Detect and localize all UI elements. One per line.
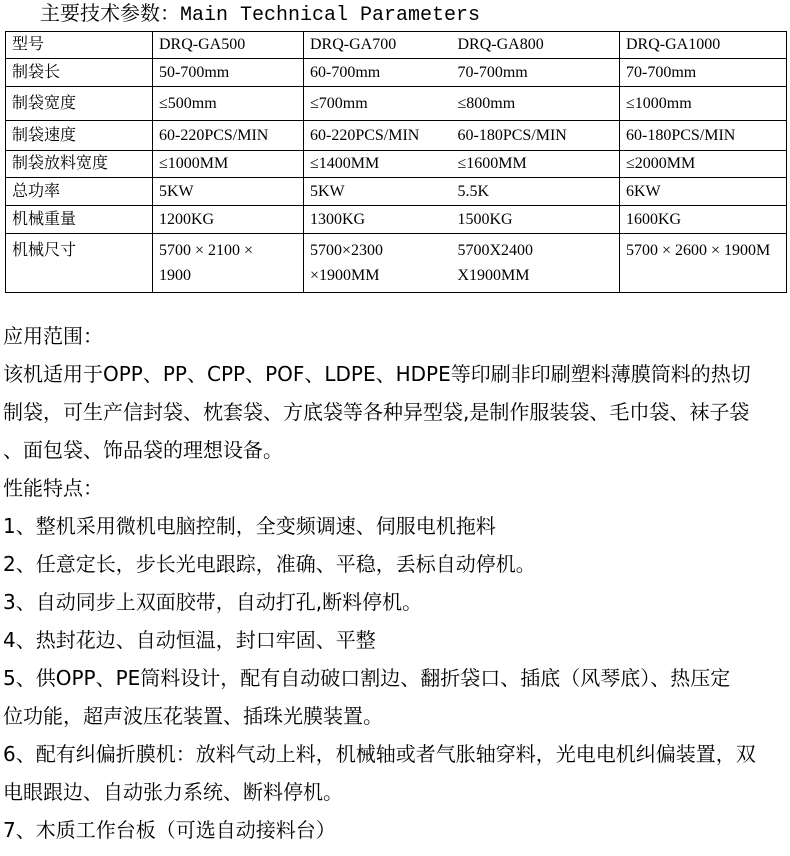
parameters-table: 型号 DRQ-GA500 DRQ-GA700 DRQ-GA800 DRQ-GA1… — [5, 31, 787, 293]
param-value: 1200KG — [153, 206, 304, 234]
application-heading: 应用范围： — [3, 317, 787, 355]
param-value: ≤800mm — [452, 87, 620, 121]
param-label: 总功率 — [6, 178, 153, 206]
features-heading: 性能特点： — [3, 469, 787, 507]
param-value: ≤1000MM — [153, 151, 304, 178]
description-section: 应用范围： 该机适用于OPP、PP、CPP、POF、LDPE、HDPE等印刷非印… — [0, 317, 790, 849]
param-label: 制袋长 — [6, 59, 153, 87]
param-value: 6KW — [620, 178, 787, 206]
param-value: 70-700mm — [620, 59, 787, 87]
param-value: 5700X2400 X1900MM — [452, 234, 620, 293]
param-value: 60-180PCS/MIN — [452, 121, 620, 151]
table-row-bag-length: 制袋长 50-700mm 60-700mm 70-700mm 70-700mm — [6, 59, 787, 87]
param-value: 5700×2300 ×1900MM — [304, 234, 452, 293]
param-value: 60-700mm — [304, 59, 452, 87]
param-value: 5KW — [153, 178, 304, 206]
feature-item-1: 1、整机采用微机电脑控制，全变频调速、伺服电机拖料 — [3, 507, 787, 545]
table-row-feed-width: 制袋放料宽度 ≤1000MM ≤1400MM ≤1600MM ≤2000MM — [6, 151, 787, 178]
param-value: 50-700mm — [153, 59, 304, 87]
feature-item-6: 6、配有纠偏折膜机：放料气动上料，机械轴或者气胀轴穿料，光电电机纠偏装置，双 电… — [3, 735, 787, 811]
page-title: 主要技术参数：Main Technical Parameters — [40, 3, 790, 29]
param-value: 60-220PCS/MIN — [153, 121, 304, 151]
table-row-machine-weight: 机械重量 1200KG 1300KG 1500KG 1600KG — [6, 206, 787, 234]
table-row-machine-size: 机械尺寸 5700 × 2100 × 1900 5700×2300 ×1900M… — [6, 234, 787, 293]
param-value: DRQ-GA700 — [304, 32, 452, 59]
param-label: 制袋速度 — [6, 121, 153, 151]
param-value: 5KW — [304, 178, 452, 206]
param-label: 制袋宽度 — [6, 87, 153, 121]
document-page: 主要技术参数：Main Technical Parameters 型号 DRQ-… — [0, 3, 790, 849]
table-row-bag-speed: 制袋速度 60-220PCS/MIN 60-220PCS/MIN 60-180P… — [6, 121, 787, 151]
param-label: 机械重量 — [6, 206, 153, 234]
param-value: ≤700mm — [304, 87, 452, 121]
feature-item-3: 3、自动同步上双面胶带，自动打孔,断料停机。 — [3, 583, 787, 621]
param-label: 机械尺寸 — [6, 234, 153, 293]
application-text: 该机适用于OPP、PP、CPP、POF、LDPE、HDPE等印刷非印刷塑料薄膜筒… — [3, 355, 787, 469]
param-value: DRQ-GA800 — [452, 32, 620, 59]
feature-item-2: 2、任意定长，步长光电跟踪，准确、平稳，丢标自动停机。 — [3, 545, 787, 583]
param-value: 70-700mm — [452, 59, 620, 87]
param-value: ≤1600MM — [452, 151, 620, 178]
param-value: 5700 × 2600 × 1900M — [620, 234, 787, 293]
param-value: ≤2000MM — [620, 151, 787, 178]
param-value: DRQ-GA500 — [153, 32, 304, 59]
table-row-model: 型号 DRQ-GA500 DRQ-GA700 DRQ-GA800 DRQ-GA1… — [6, 32, 787, 59]
feature-item-7: 7、木质工作台板（可选自动接料台） — [3, 811, 787, 849]
feature-item-4: 4、热封花边、自动恒温，封口牢固、平整 — [3, 621, 787, 659]
param-value: 60-220PCS/MIN — [304, 121, 452, 151]
param-label: 型号 — [6, 32, 153, 59]
param-value: ≤1000mm — [620, 87, 787, 121]
param-value: 1600KG — [620, 206, 787, 234]
param-value: 1500KG — [452, 206, 620, 234]
param-value: ≤1400MM — [304, 151, 452, 178]
param-label: 制袋放料宽度 — [6, 151, 153, 178]
feature-item-5: 5、供OPP、PE筒料设计，配有自动破口割边、翻折袋口、插底（风琴底）、热压定 … — [3, 659, 787, 735]
param-value: 5.5K — [452, 178, 620, 206]
param-value: 5700 × 2100 × 1900 — [153, 234, 304, 293]
param-value: DRQ-GA1000 — [620, 32, 787, 59]
param-value: 1300KG — [304, 206, 452, 234]
param-value: 60-180PCS/MIN — [620, 121, 787, 151]
table-row-bag-width: 制袋宽度 ≤500mm ≤700mm ≤800mm ≤1000mm — [6, 87, 787, 121]
table-row-total-power: 总功率 5KW 5KW 5.5K 6KW — [6, 178, 787, 206]
param-value: ≤500mm — [153, 87, 304, 121]
